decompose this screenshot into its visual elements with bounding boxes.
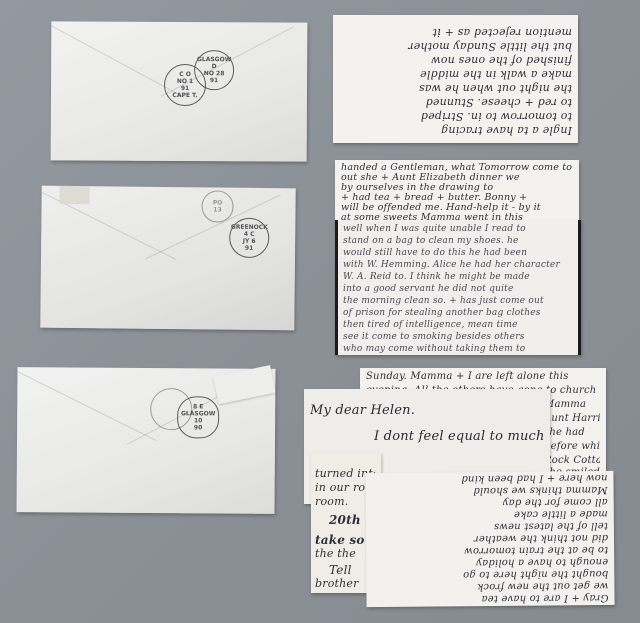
postmark-text: NO 1 xyxy=(177,78,193,85)
handwriting-line: would still have to do this he had been xyxy=(343,248,575,258)
envelope-3: 8 E GLASGOW 10 90 xyxy=(16,367,275,514)
postmark-text: NO 28 xyxy=(204,70,225,77)
handwriting-line: Mamma xyxy=(544,399,600,410)
handwriting-line: enough to have a holiday xyxy=(372,556,608,569)
letter-bottom-front-right: Gray + I are to have tea we get out the … xyxy=(365,471,614,607)
handwriting-line: the night out when he was xyxy=(339,82,572,95)
handwriting-line: we get out the new frock xyxy=(372,580,608,593)
handwriting-line: now here + I had been kind xyxy=(371,472,607,485)
mourning-border-right xyxy=(578,220,581,355)
handwriting-line: stand on a bag to clean my shoes. he xyxy=(343,236,575,246)
mourning-border-left xyxy=(335,220,338,355)
handwriting-line: Gray + I are to have tea xyxy=(372,592,608,605)
postmark-glasgow: GLASGOW D NO 28 91 xyxy=(194,50,234,90)
handwriting-line: to red + cheese. Stunned xyxy=(339,96,572,109)
envelope-flap-tip xyxy=(213,365,275,404)
postmark-text: 91 xyxy=(181,85,189,92)
handwriting-line: W. A. Reid to. I think he might be made xyxy=(343,272,575,282)
handwriting-line: bought the night here to go xyxy=(372,568,608,581)
letter-body: Ingle a ta have tracing to tomorrow to i… xyxy=(333,15,578,143)
handwriting-line: Rock Cottage xyxy=(544,455,600,466)
handwriting-line: I dont feel equal to much xyxy=(374,429,544,444)
handwriting-line: make a walk in the middle xyxy=(339,68,572,81)
handwriting-line: of prison for stealing another bag cloth… xyxy=(343,308,575,318)
postmark-text: 91 xyxy=(210,77,218,84)
handwriting-line: Ingle a ta have tracing xyxy=(339,124,572,137)
handwriting-line: with W. Hemming. Alice he had her charac… xyxy=(343,260,575,270)
letter-top-right: Ingle a ta have tracing to tomorrow to i… xyxy=(333,15,578,143)
handwriting-line: then tired of intelligence, mean time xyxy=(343,320,575,330)
handwriting-line: who may come without taking them to xyxy=(343,344,575,354)
handwriting-line: the morning clean so. + has just come ou… xyxy=(343,296,575,306)
handwriting-line: Mamma thinks we should xyxy=(372,484,608,497)
postmark-glasgow-1890: 8 E GLASGOW 10 90 xyxy=(177,396,219,438)
envelope-2: PO 13 GREENOCK 4 C JY 6 91 xyxy=(40,186,295,331)
postmark-partial: PO 13 xyxy=(201,190,233,222)
handwriting-line: before which xyxy=(544,441,600,452)
handwriting-line: she had xyxy=(544,427,600,438)
postmark-text: D xyxy=(212,63,217,70)
handwriting-line: Aunt Harriet xyxy=(544,413,600,424)
postmark-text: 13 xyxy=(213,206,221,213)
postmark-text: CAPE T. xyxy=(172,92,197,99)
torn-seal xyxy=(60,186,90,204)
postmark-text: 90 xyxy=(194,424,202,431)
handwriting-line: tell of the latest news xyxy=(372,520,608,533)
handwriting-line: Sunday. Mamma + I are left alone this xyxy=(366,371,600,382)
letter-body: Gray + I are to have tea we get out the … xyxy=(365,471,614,607)
handwriting-line: to be at the train tomorrow xyxy=(372,544,608,557)
envelope-flap-line xyxy=(17,371,156,441)
postmark-text: C O xyxy=(179,71,191,78)
envelope-1: C O NO 1 91 CAPE T. GLASGOW D NO 28 91 xyxy=(51,21,308,161)
letter-salutation: My dear Helen. xyxy=(310,403,544,418)
photo-background: C O NO 1 91 CAPE T. GLASGOW D NO 28 91 P… xyxy=(0,0,640,623)
handwriting-line: mention rejected as + it xyxy=(339,26,572,39)
postmark-text: 10 xyxy=(194,417,202,424)
handwriting-line: into a good servant he did not quite xyxy=(343,284,575,294)
handwriting-line: all come for the day xyxy=(372,496,608,509)
handwriting-line: made a little cake xyxy=(372,508,608,521)
handwriting-line: well when I was quite unable I read to xyxy=(343,224,575,234)
handwriting-line: to tomorrow to in. Striped xyxy=(339,110,572,123)
postmark-text: 8 E xyxy=(193,403,203,410)
handwriting-line: see it come to smoking besides others xyxy=(343,332,575,342)
handwriting-line: finished of the ones now xyxy=(339,54,572,67)
postmark-greenock: GREENOCK 4 C JY 6 91 xyxy=(229,218,269,258)
postmark-text: 91 xyxy=(245,245,253,252)
handwriting-line: but the little Sunday mother xyxy=(339,40,572,53)
handwriting-line: did not think the weather xyxy=(372,532,608,545)
letter-middle-lower: well when I was quite unable I read to s… xyxy=(335,220,581,355)
